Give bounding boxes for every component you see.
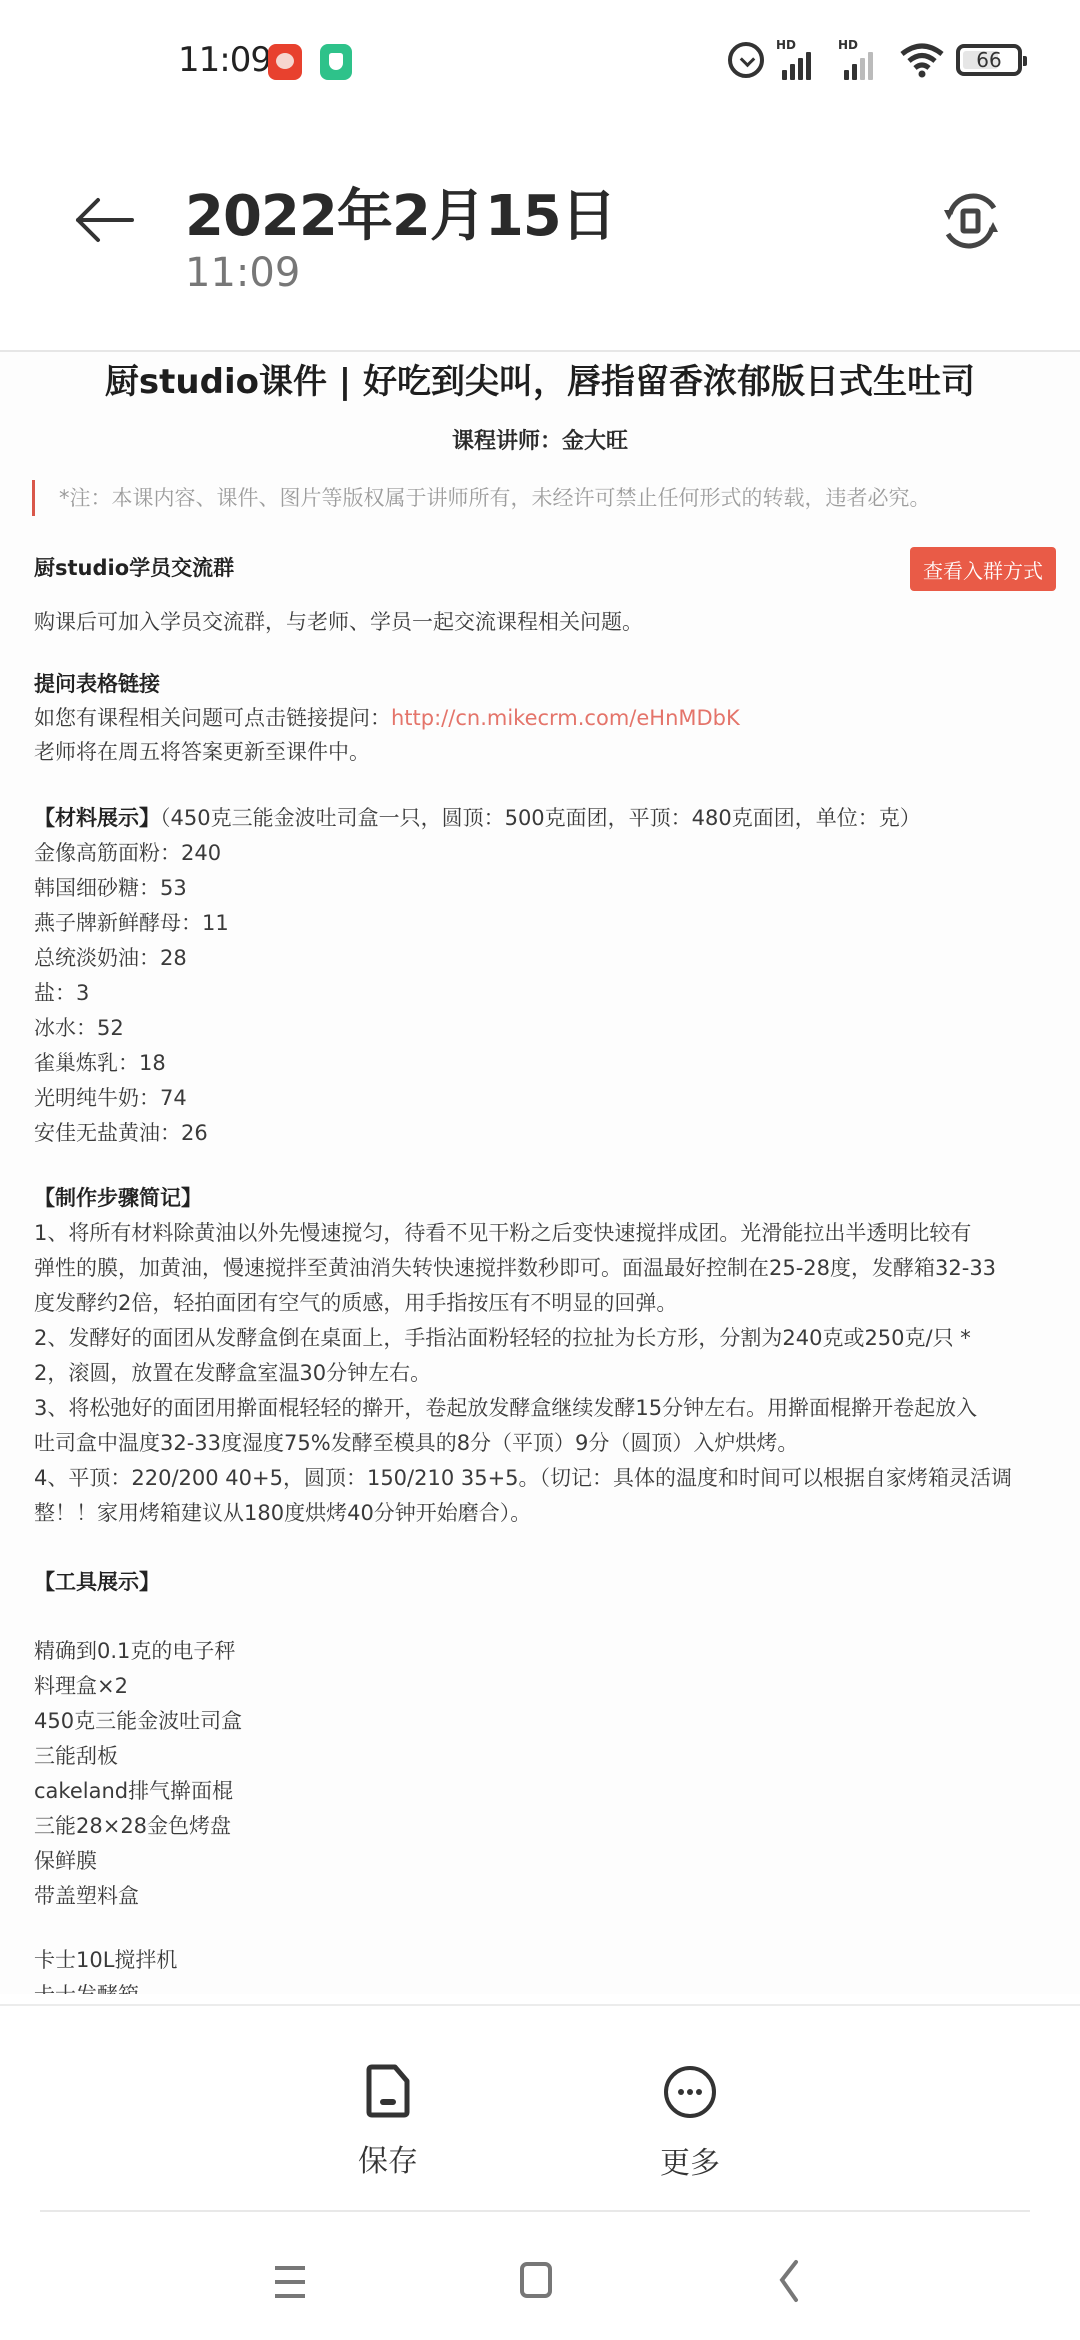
more-label: 更多 [630, 2138, 750, 2182]
hd-label: HD [776, 38, 796, 52]
system-nav-bar [0, 2230, 1080, 2340]
tool-item: 料理盒×2 [34, 1670, 128, 1700]
materials-heading: 【材料展示】 [34, 806, 160, 830]
alarm-icon [728, 42, 764, 78]
material-item: 安佳无盐黄油：26 [34, 1117, 208, 1147]
save-icon [363, 2064, 413, 2118]
copyright-note: *注：本课内容、课件、图片等版权属于讲师所有，未经许可禁止任何形式的转载，违者必… [32, 480, 931, 516]
material-item: 冰水：52 [34, 1012, 124, 1042]
tool-item: 带盖塑料盒 [34, 1880, 139, 1910]
document-image[interactable]: 厨studio课件 | 好吃到尖叫，唇指留香浓郁版日式生吐司 课程讲师：金大旺 … [0, 352, 1080, 1994]
tool-item: 三能刮板 [34, 1740, 118, 1770]
view-group-join-button[interactable]: 查看入群方式 [910, 547, 1056, 591]
cell-signal-2-icon: HD [838, 40, 888, 80]
battery-level: 66 [976, 48, 1001, 72]
status-time: 11:09 [178, 40, 271, 80]
step-line: 整！！家用烤箱建议从180度烘烤40分钟开始磨合）。 [34, 1497, 531, 1527]
recents-button[interactable] [260, 2252, 320, 2312]
hd-label: HD [838, 38, 858, 52]
action-divider [40, 2210, 1030, 2212]
battery-icon: 66 [956, 44, 1022, 76]
material-item: 光明纯牛奶：74 [34, 1082, 187, 1112]
tool-item: 精确到0.1克的电子秤 [34, 1635, 235, 1665]
step-line: 4、平顶：220/200 40+5，圆顶：150/210 35+5。（切记：具体… [34, 1462, 1012, 1492]
steps-heading: 【制作步骤简记】 [34, 1182, 202, 1212]
home-icon [506, 2252, 566, 2312]
document-title: 厨studio课件 | 好吃到尖叫，唇指留香浓郁版日式生吐司 [0, 352, 1080, 403]
back-button[interactable] [70, 190, 140, 250]
rotate-button[interactable] [936, 186, 1006, 256]
tool-item: 450克三能金波吐司盒 [34, 1705, 242, 1735]
question-form-line2: 老师将在周五将答案更新至课件中。 [34, 736, 370, 766]
material-item: 雀巢炼乳：18 [34, 1047, 166, 1077]
page-subtitle-time: 11:09 [185, 250, 300, 296]
action-bar: 保存 更多 [0, 2004, 1080, 2214]
material-item: 韩国细砂糖：53 [34, 872, 187, 902]
material-item: 总统淡奶油：28 [34, 942, 187, 972]
step-line: 3、将松弛好的面团用擀面棍轻轻的擀开，卷起放发酵盒继续发酵15分钟左右。用擀面棍… [34, 1392, 977, 1422]
tools-heading: 【工具展示】 [34, 1566, 160, 1596]
step-line: 吐司盒中温度32-33度湿度75%发酵至模具的8分（平顶）9分（圆顶）入炉烘烤。 [34, 1427, 798, 1457]
app-notification-icon [268, 44, 302, 80]
material-item: 盐：3 [34, 977, 89, 1007]
materials-subheading: （450克三能金波吐司盒一只，圆顶：500克面团，平顶：480克面团，单位：克） [160, 806, 921, 830]
save-button[interactable]: 保存 [328, 2064, 448, 2180]
page-title: 2022年2月15日 [185, 172, 616, 252]
tool-item: 三能28×28金色烤盘 [34, 1810, 231, 1840]
question-form-prefix: 如您有课程相关问题可点击链接提问： [34, 706, 391, 730]
back-icon [760, 2252, 820, 2312]
arrow-left-icon [70, 190, 140, 250]
group-description: 购课后可加入学员交流群，与老师、学员一起交流课程相关问题。 [34, 606, 643, 636]
status-bar: 11:09 HD HD 66 [0, 0, 1080, 120]
step-line: 2，滚圆，放置在发酵盒室温30分钟左右。 [34, 1357, 431, 1387]
tool-item: 卡士10L搅拌机 [34, 1944, 177, 1974]
tool-item: 卡士发酵箱 [34, 1979, 139, 1994]
question-form-link[interactable]: http://cn.mikecrm.com/eHnMDbK [391, 706, 740, 730]
tool-item: cakeland排气擀面棍 [34, 1775, 233, 1805]
step-line: 弹性的膜，加黄油，慢速搅拌至黄油消失转快速搅拌数秒即可。面温最好控制在25-28… [34, 1252, 996, 1282]
group-heading: 厨studio学员交流群 [34, 552, 234, 582]
step-line: 度发酵约2倍，轻拍面团有空气的质感，用手指按压有不明显的回弹。 [34, 1287, 677, 1317]
more-button[interactable]: 更多 [630, 2064, 750, 2182]
material-item: 金像高筋面粉：240 [34, 837, 221, 867]
step-line: 2、发酵好的面团从发酵盒倒在桌面上，手指沾面粉轻轻的拉扯为长方形，分割为240克… [34, 1322, 971, 1352]
more-icon [662, 2064, 718, 2120]
viewer-header: 2022年2月15日 11:09 [0, 150, 1080, 350]
cell-signal-1-icon: HD [776, 40, 826, 80]
recents-icon [260, 2252, 320, 2312]
save-label: 保存 [328, 2136, 448, 2180]
tool-item: 保鲜膜 [34, 1845, 97, 1875]
nav-back-button[interactable] [760, 2252, 820, 2312]
rotate-screen-icon [936, 186, 1006, 256]
home-button[interactable] [506, 2252, 566, 2312]
wifi-icon [900, 42, 944, 78]
question-form-line1: 如您有课程相关问题可点击链接提问：http://cn.mikecrm.com/e… [34, 702, 740, 732]
security-app-icon [320, 44, 352, 80]
question-form-heading: 提问表格链接 [34, 668, 160, 698]
material-item: 燕子牌新鲜酵母：11 [34, 907, 229, 937]
document-lecturer: 课程讲师：金大旺 [0, 424, 1080, 455]
materials-header: 【材料展示】（450克三能金波吐司盒一只，圆顶：500克面团，平顶：480克面团… [34, 802, 921, 832]
step-line: 1、将所有材料除黄油以外先慢速搅匀，待看不见干粉之后变快速搅拌成团。光滑能拉出半… [34, 1217, 971, 1247]
